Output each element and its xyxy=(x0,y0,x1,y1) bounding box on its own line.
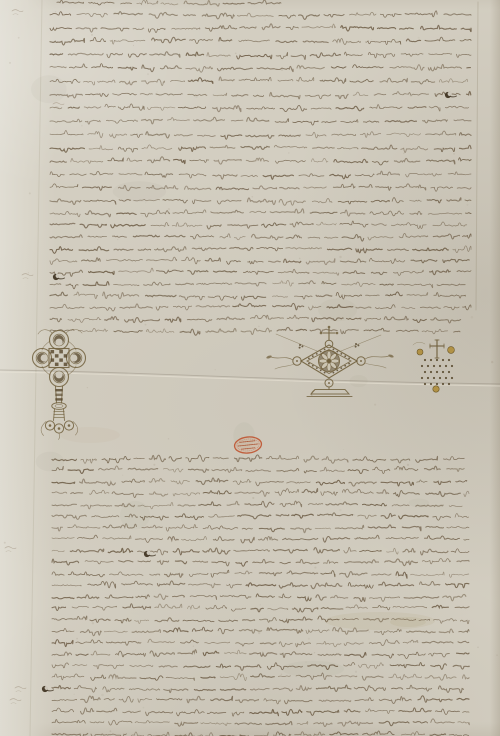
paragraph-marks xyxy=(42,92,457,692)
manuscript-scan xyxy=(0,0,500,736)
manuscript-page: Photographed medieval parchment charter:… xyxy=(0,0,500,736)
lower-text-block xyxy=(52,455,469,736)
notarial-sign-left xyxy=(33,329,86,439)
notarial-sign-center xyxy=(266,326,394,397)
upper-text-block xyxy=(50,0,471,335)
